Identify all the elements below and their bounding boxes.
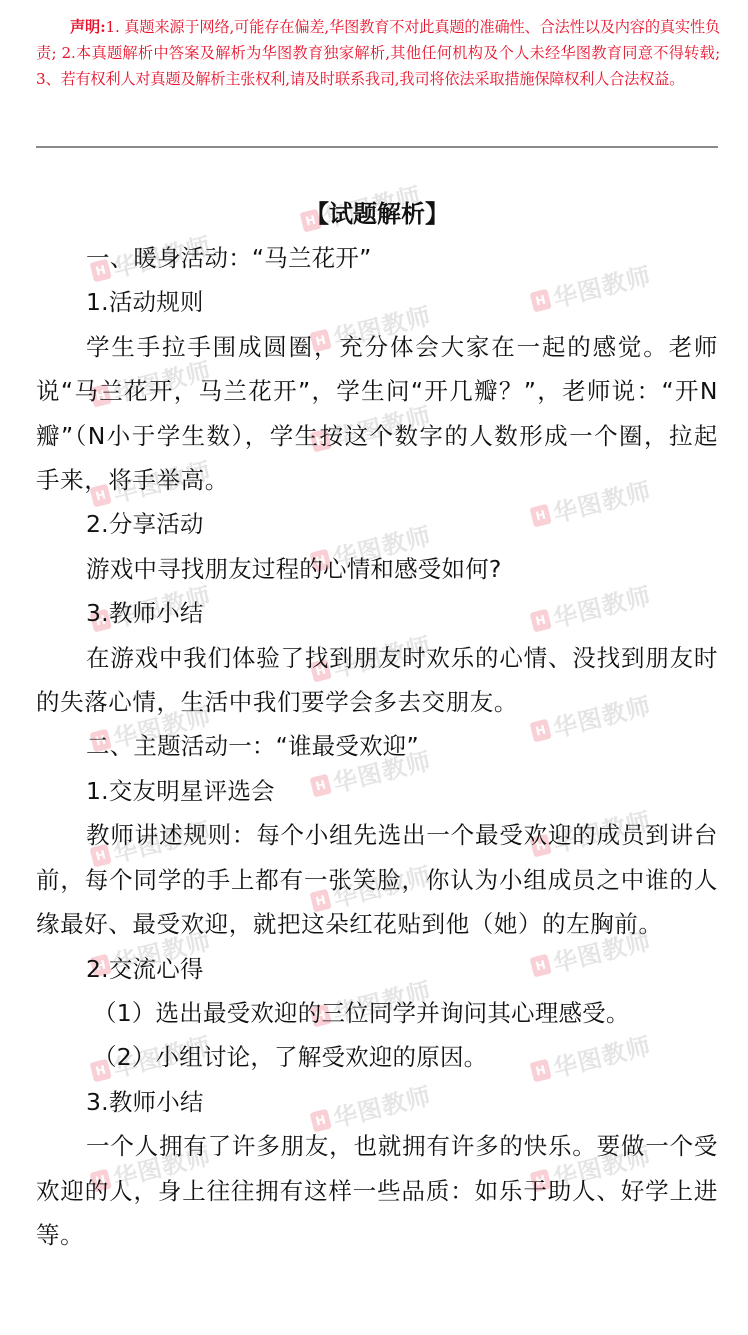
subheading-exchange: 2.交流心得 xyxy=(36,947,718,991)
subheading-share: 2.分享活动 xyxy=(36,502,718,546)
paragraph-rules: 学生手拉手围成圆圈，充分体会大家在一起的感觉。老师说“马兰花开，马兰花开”，学生… xyxy=(36,325,718,503)
section-heading: 【试题解析】 xyxy=(36,192,718,236)
subheading-summary-1: 3.教师小结 xyxy=(36,591,718,635)
analysis-content: 【试题解析】 一、暖身活动：“马兰花开” 1.活动规则 学生手拉手围成圆圈，充分… xyxy=(36,192,718,1257)
disclaimer-lead: 声明: xyxy=(70,18,105,36)
subheading-summary-2: 3.教师小结 xyxy=(36,1080,718,1124)
paragraph-star-selection: 教师讲述规则：每个小组先选出一个最受欢迎的成员到讲台前，每个同学的手上都有一张笑… xyxy=(36,813,718,946)
subheading-rules: 1.活动规则 xyxy=(36,280,718,324)
list-item-2: （2）小组讨论，了解受欢迎的原因。 xyxy=(36,1035,718,1079)
section-title-theme: 二、主题活动一：“谁最受欢迎” xyxy=(36,724,718,768)
subheading-star-selection: 1.交友明星评选会 xyxy=(36,769,718,813)
disclaimer-text: 1. 真题来源于网络,可能存在偏差,华图教育不对此真题的准确性、合法性以及内容的… xyxy=(36,18,720,88)
paragraph-summary-2: 一个人拥有了许多朋友，也就拥有许多的快乐。要做一个受欢迎的人，身上往往拥有这样一… xyxy=(36,1124,718,1257)
divider xyxy=(36,146,718,148)
list-item-1: （1）选出最受欢迎的三位同学并询问其心理感受。 xyxy=(36,991,718,1035)
section-title-warmup: 一、暖身活动：“马兰花开” xyxy=(36,236,718,280)
disclaimer-notice: 声明:1. 真题来源于网络,可能存在偏差,华图教育不对此真题的准确性、合法性以及… xyxy=(36,14,720,92)
paragraph-summary-1: 在游戏中我们体验了找到朋友时欢乐的心情、没找到朋友时的失落心情，生活中我们要学会… xyxy=(36,636,718,725)
paragraph-share: 游戏中寻找朋友过程的心情和感受如何? xyxy=(36,547,718,591)
